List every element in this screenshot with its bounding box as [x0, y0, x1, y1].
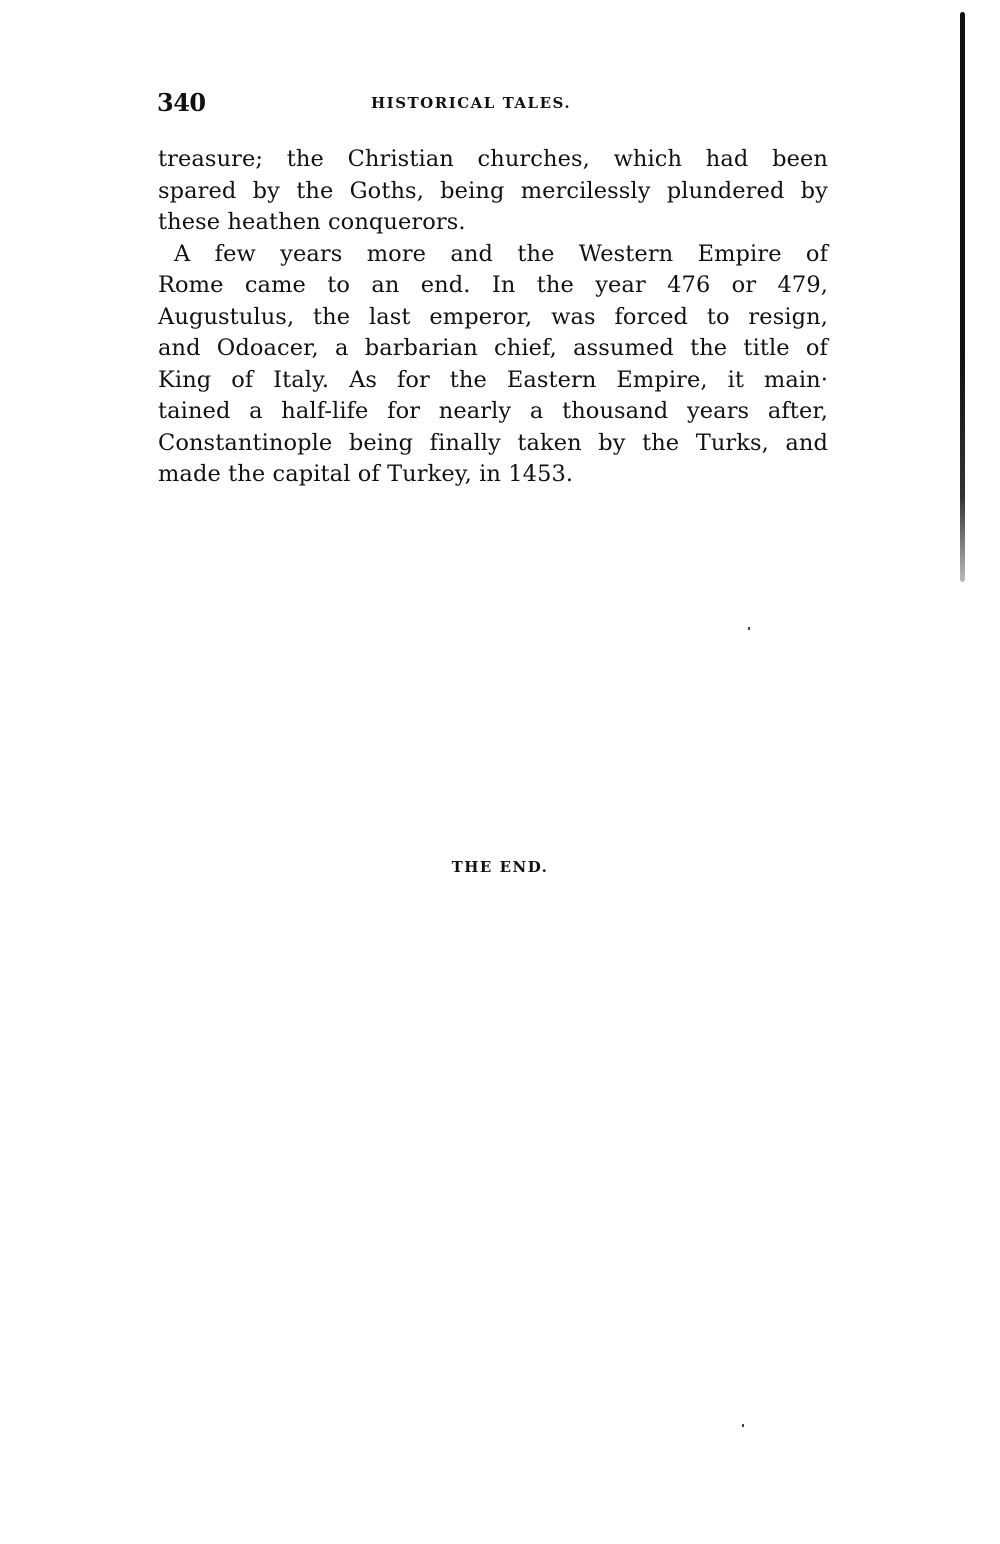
the-end-heading: THE END. — [0, 858, 1000, 876]
text-line: A few years more and the Western Empire … — [158, 239, 828, 271]
text-line: made the capital of Turkey, in 1453. — [158, 459, 828, 491]
paragraph-1: treasure; the Christian churches, which … — [158, 144, 828, 239]
text-line: Rome came to an end. In the year 476 or … — [158, 270, 828, 302]
text-line: Augustulus, the last emperor, was forced… — [158, 302, 828, 334]
text-line: King of Italy. As for the Eastern Empire… — [158, 365, 828, 397]
running-title: HISTORICAL TALES. — [371, 94, 571, 112]
text-line: spared by the Goths, being mercilessly p… — [158, 176, 828, 208]
scan-speck — [748, 627, 750, 630]
text-line: and Odoacer, a barbarian chief, assumed … — [158, 333, 828, 365]
text-line: tained a half-life for nearly a thousand… — [158, 396, 828, 428]
text-line: treasure; the Christian churches, which … — [158, 144, 828, 176]
scan-speck — [742, 1424, 744, 1427]
page-number: 340 — [157, 88, 206, 117]
text-line: Constantinople being finally taken by th… — [158, 428, 828, 460]
scanned-page-edge — [960, 12, 965, 582]
paragraph-2: A few years more and the Western Empire … — [158, 239, 828, 491]
running-head: 340 HISTORICAL TALES. — [157, 88, 827, 118]
text-line: these heathen conquerors. — [158, 207, 828, 239]
body-text: treasure; the Christian churches, which … — [158, 144, 828, 491]
